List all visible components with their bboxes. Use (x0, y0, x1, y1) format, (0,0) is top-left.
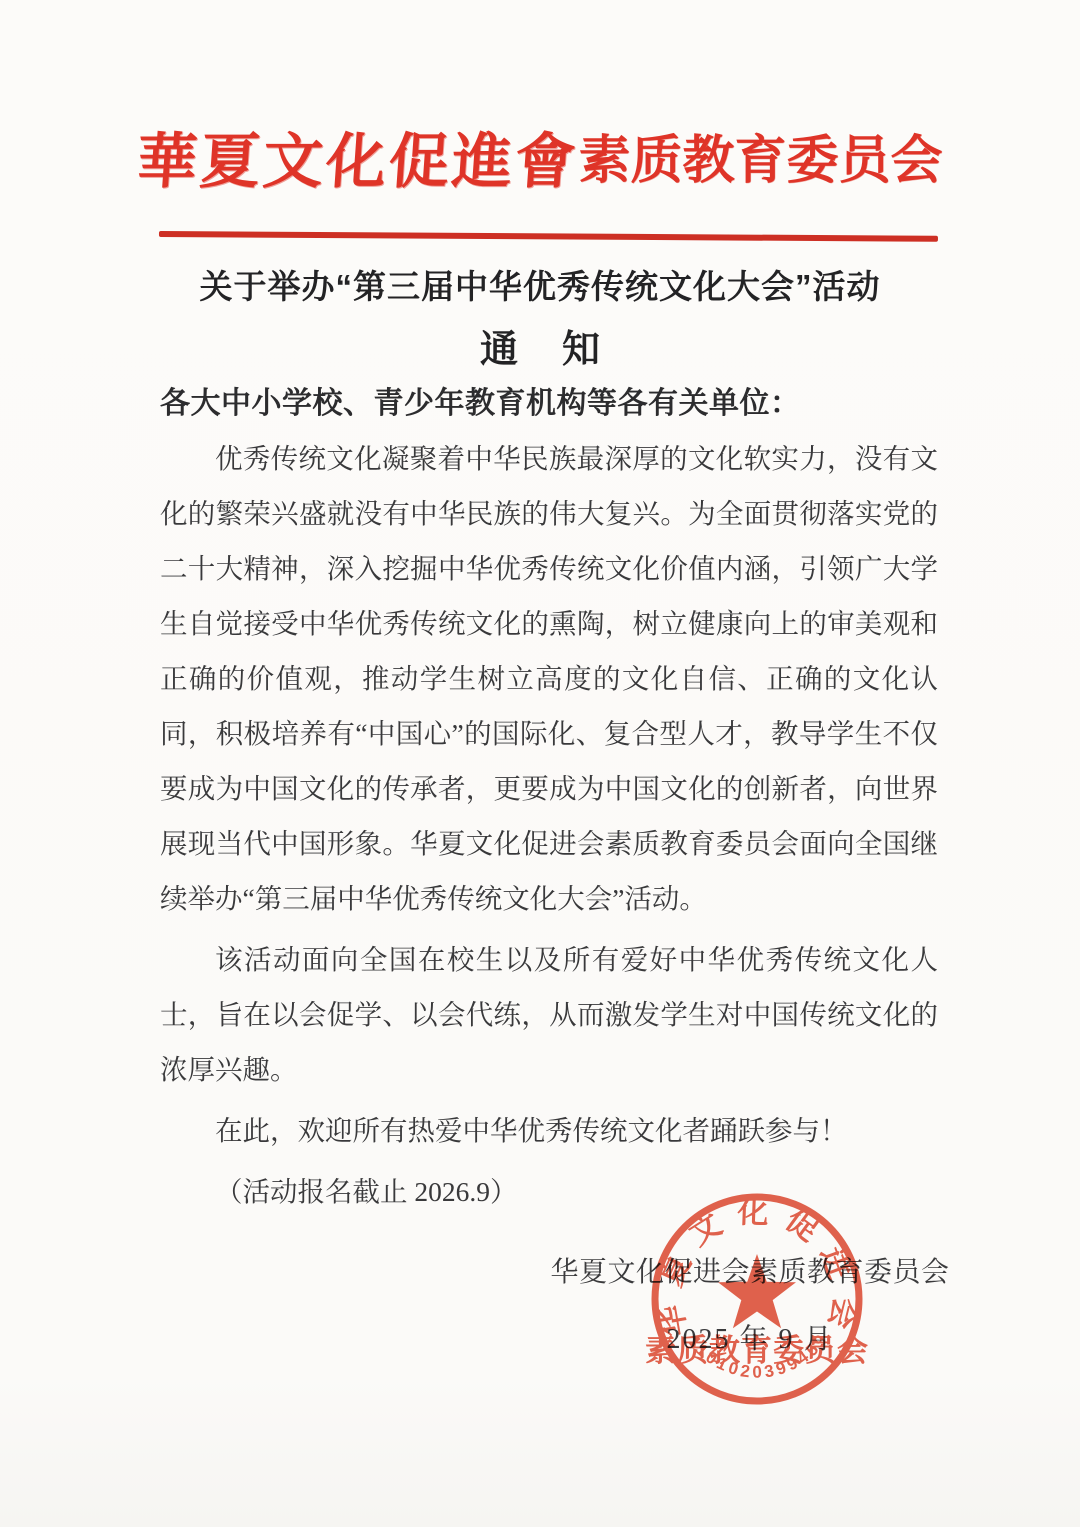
letterhead-rule (159, 231, 938, 242)
body-paragraph-2: 该活动面向全国在校生以及所有爱好中华优秀传统文化人士，旨在以会促学、以会代练，从… (160, 932, 938, 1097)
letterhead-printed-text: 素质教育委员会 (578, 136, 942, 188)
notice-title: 关于举办“第三届中华优秀传统文化大会”活动 (0, 261, 1080, 308)
notice-subtitle: 通知 (0, 318, 1080, 373)
letterhead-calligraphy-text: 華夏文化促進會 (135, 132, 580, 192)
body-paragraph-3: 在此，欢迎所有热爱中华优秀传统文化者踊跃参与！ (160, 1103, 938, 1158)
body-paragraph-1: 优秀传统文化凝聚着中华民族最深厚的文化软实力，没有文化的繁荣兴盛就没有中华民族的… (160, 431, 938, 926)
official-seal: 华夏文化促进会 素质教育委员会 1101020399459 (622, 1164, 892, 1434)
subtitle-char-2: 知 (562, 329, 600, 371)
salutation-line: 各大中小学校、青少年教育机构等各有关单位： (160, 378, 801, 422)
document-page: 華夏文化促進會素质教育委员会 关于举办“第三届中华优秀传统文化大会”活动 通知 … (0, 0, 1080, 1527)
notice-body: 优秀传统文化凝聚着中华民族最深厚的文化软实力，没有文化的繁荣兴盛就没有中华民族的… (160, 431, 938, 1219)
star-icon (718, 1254, 796, 1328)
subtitle-char-1: 通 (480, 329, 518, 371)
letterhead: 華夏文化促進會素质教育委员会 (0, 132, 1080, 192)
